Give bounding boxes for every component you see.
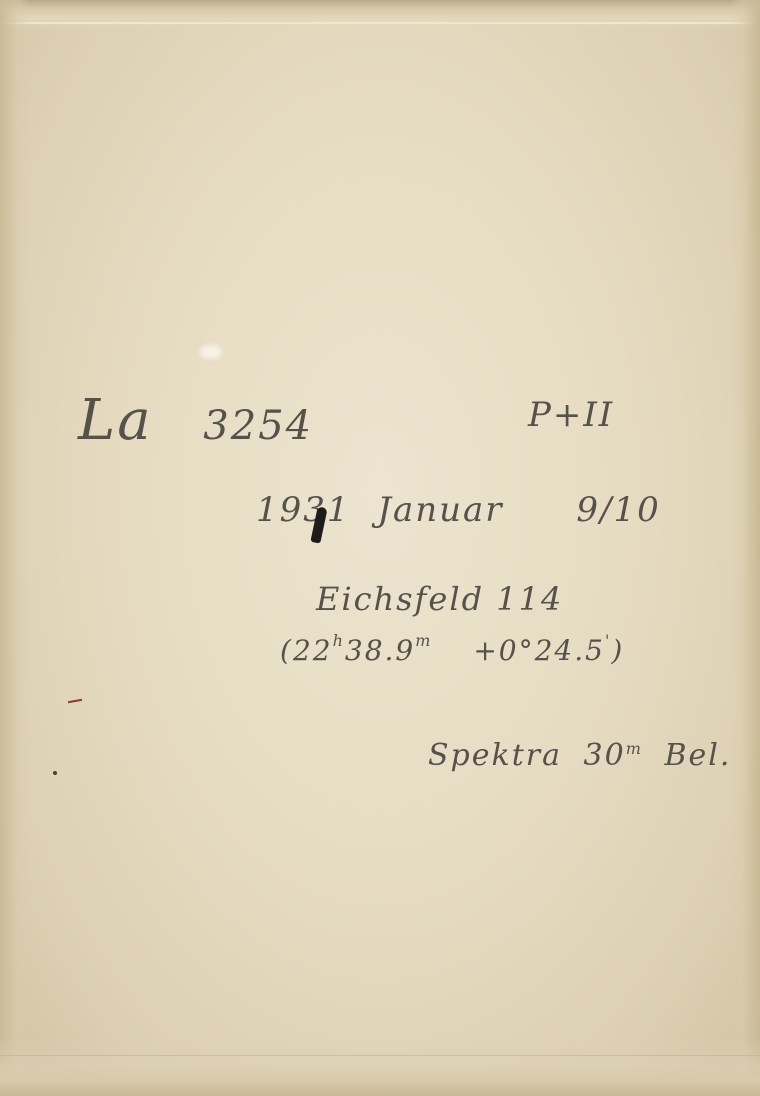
catalog-id: La 3254 (78, 388, 313, 453)
exposure-duration: 30 (584, 738, 626, 773)
observatory-site: Eichsfeld 114 (316, 580, 563, 618)
bottom-crease (0, 1055, 760, 1056)
paper-smudge (200, 345, 222, 359)
date-month: Januar (377, 490, 503, 530)
declination: +0°24.5 (473, 634, 605, 667)
exposure-note: Spektra 30m Bel. (428, 738, 731, 773)
dec-unit: ' (605, 631, 611, 650)
top-fold (0, 0, 760, 30)
coordinates: (22h38.9m +0°24.5') (280, 634, 624, 667)
ra-minutes-unit: m (415, 631, 432, 650)
coords-open-paren: ( (280, 634, 293, 667)
ra-hours-unit: h (333, 631, 345, 650)
dot-mark (53, 771, 57, 775)
date-year: 1931 (256, 490, 351, 530)
ra-hours: 22 (293, 634, 333, 667)
date-days: 9/10 (576, 490, 660, 530)
left-edge-shadow (0, 0, 30, 1096)
coords-close-paren: ) (611, 634, 624, 667)
envelope-sheet: La 3254 P+II 1931 Januar 9/10 Eichsfeld … (0, 0, 760, 1096)
exposure-label: Spektra (428, 738, 562, 773)
exposure-remark: Bel. (664, 738, 731, 773)
catalog-number: 3254 (203, 403, 313, 449)
red-ink-mark (68, 699, 82, 703)
ra-minutes: 38.9 (345, 634, 415, 667)
plate-type: P+II (528, 395, 614, 435)
exposure-unit: m (626, 739, 643, 758)
bottom-fold (0, 1036, 760, 1096)
catalog-prefix: La (78, 388, 153, 453)
right-edge-shadow (730, 0, 760, 1096)
top-crease (0, 22, 760, 24)
